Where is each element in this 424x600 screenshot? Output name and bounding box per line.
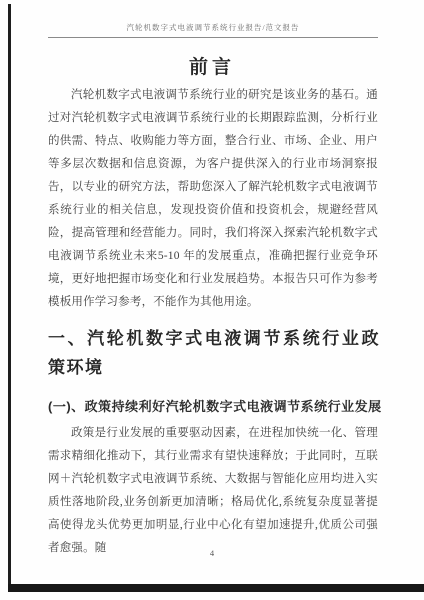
document-page: 汽轮机数字式电液调节系统行业报告/范文报告 前言 汽轮机数字式电液调节系统行业的… [0, 0, 424, 600]
preface-paragraph: 汽轮机数字式电液调节系统行业的研究是该业务的基石。通过对汽轮机数字式电液调节系统… [48, 84, 378, 314]
section1-subsection1-heading: (一)、政策持续利好汽轮机数字式电液调节系统行业发展 [48, 396, 380, 415]
page-header: 汽轮机数字式电液调节系统行业报告/范文报告 [48, 22, 378, 38]
header-title: 汽轮机数字式电液调节系统行业报告/范文报告 [126, 23, 299, 32]
page-left-edge-shadow [8, 4, 11, 588]
section1-subsection1-paragraph: 政策是行业发展的重要驱动因素，在进程加快统一化、管理需求精细化推动下，其行业需求… [48, 422, 378, 560]
preface-heading: 前言 [0, 52, 424, 79]
page-bottom-edge-shadow [8, 584, 424, 592]
section1-heading: 一、汽轮机数字式电液调节系统行业政策环境 [48, 324, 380, 382]
page-number: 4 [0, 548, 424, 558]
